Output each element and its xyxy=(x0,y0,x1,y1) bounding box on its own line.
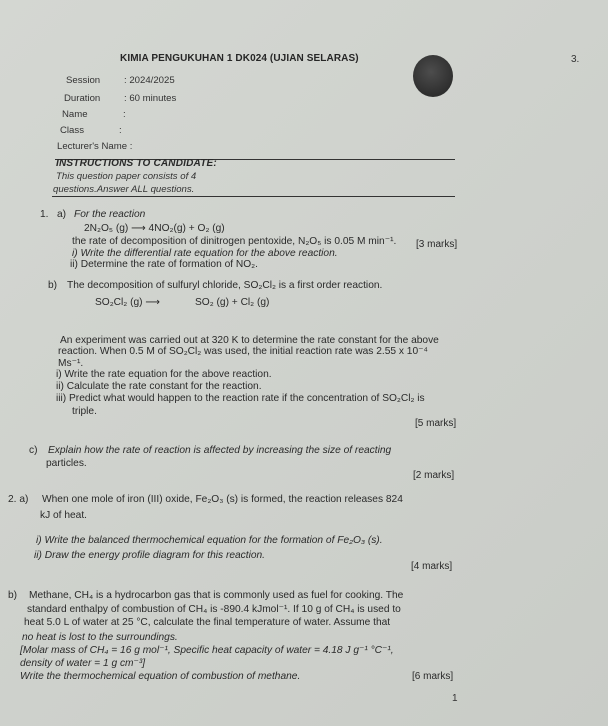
question-1a-rate-text: the rate of decomposition of dinitrogen … xyxy=(72,236,396,247)
instructions-line-1: This question paper consists of 4 xyxy=(56,171,196,182)
question-1b-equation-left: SO₂Cl₂ (g) ⟶ xyxy=(95,297,160,308)
question-2b-line-1: Methane, CH₄ is a hydrocarbon gas that i… xyxy=(29,590,403,601)
question-2b-line-2: standard enthalpy of combustion of CH₄ i… xyxy=(27,604,401,615)
question-1b-experiment-line-3: Ms⁻¹. xyxy=(58,358,83,369)
instructions-heading: INSTRUCTIONS TO CANDIDATE: xyxy=(56,158,217,169)
exam-title: KIMIA PENGUKUHAN 1 DK024 (UJIAN SELARAS) xyxy=(120,53,359,64)
question-2b-line-5: [Molar mass of CH₄ = 16 g mol⁻¹, Specifi… xyxy=(20,645,394,656)
question-1a-label: a) xyxy=(57,209,66,220)
question-1a-part-i: i) Write the differential rate equation … xyxy=(72,248,338,259)
question-1b-intro: The decomposition of sulfuryl chloride, … xyxy=(67,280,382,291)
duration-label: Duration xyxy=(64,93,100,104)
question-1b-part-iii-line-2: triple. xyxy=(72,406,97,417)
session-value: : 2024/2025 xyxy=(124,75,175,86)
question-1b-marks: [5 marks] xyxy=(415,418,456,429)
question-2a-line-2: kJ of heat. xyxy=(40,510,87,521)
class-field: : xyxy=(119,125,122,136)
question-1a-equation: 2N₂O₅ (g) ⟶ 4NO₂(g) + O₂ (g) xyxy=(84,223,225,234)
question-2b-line-6: density of water = 1 g cm⁻³] xyxy=(20,658,145,669)
name-field: : xyxy=(123,109,126,120)
question-2a-part-i: i) Write the balanced thermochemical equ… xyxy=(36,535,383,546)
lecturer-name-label: Lecturer's Name : xyxy=(57,141,132,152)
instructions-line-2: questions.Answer ALL questions. xyxy=(53,184,194,195)
question-2a-marks: [4 marks] xyxy=(411,561,452,572)
question-1b-experiment-line-1: An experiment was carried out at 320 K t… xyxy=(60,335,439,346)
page-number: 1 xyxy=(452,693,458,704)
question-1a-intro: For the reaction xyxy=(74,209,145,220)
question-2b-label: b) xyxy=(8,590,17,601)
question-1-number: 1. xyxy=(40,209,49,220)
question-1b-part-iii-line-1: iii) Predict what would happen to the re… xyxy=(56,393,425,404)
question-1b-part-i: i) Write the rate equation for the above… xyxy=(56,369,272,380)
question-2a-part-ii: ii) Draw the energy profile diagram for … xyxy=(34,550,265,561)
question-1c-marks: [2 marks] xyxy=(413,470,454,481)
university-seal-icon xyxy=(413,55,453,97)
session-label: Session xyxy=(66,75,100,86)
question-1b-part-ii: ii) Calculate the rate constant for the … xyxy=(56,381,262,392)
duration-value: : 60 minutes xyxy=(124,93,176,104)
question-1b-label: b) xyxy=(48,280,57,291)
divider-bottom xyxy=(52,196,455,197)
question-2b-line-7: Write the thermochemical equation of com… xyxy=(20,671,300,682)
question-1c-label: c) xyxy=(29,445,38,456)
question-1b-equation-right: SO₂ (g) + Cl₂ (g) xyxy=(195,297,269,308)
question-1a-marks: [3 marks] xyxy=(416,239,457,250)
question-2b-line-4: no heat is lost to the surroundings. xyxy=(22,632,178,643)
class-label: Class xyxy=(60,125,84,136)
question-1c-line-1: Explain how the rate of reaction is affe… xyxy=(48,445,391,456)
page-marker: 3. xyxy=(571,54,579,65)
question-2b-marks: [6 marks] xyxy=(412,671,453,682)
question-2a-label: 2. a) xyxy=(8,494,28,505)
question-1c-line-2: particles. xyxy=(46,458,87,469)
question-2a-line-1: When one mole of iron (III) oxide, Fe₂O₃… xyxy=(42,494,403,505)
name-label: Name xyxy=(62,109,88,120)
question-1a-part-ii: ii) Determine the rate of formation of N… xyxy=(70,259,258,270)
question-1b-experiment-line-2: reaction. When 0.5 M of SO₂Cl₂ was used,… xyxy=(58,346,428,357)
question-2b-line-3: heat 5.0 L of water at 25 °C, calculate … xyxy=(24,617,390,628)
